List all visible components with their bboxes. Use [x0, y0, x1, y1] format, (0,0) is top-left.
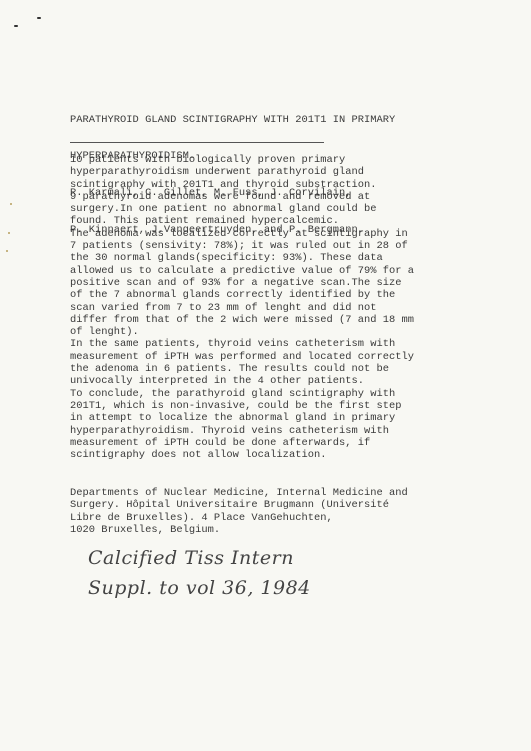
handwritten-note-line: Suppl. to vol 36, 1984 [88, 577, 311, 599]
abstract-line: in attempt to localize the abnormal glan… [70, 412, 414, 424]
abstract-line: allowed us to calculate a predictive val… [70, 265, 414, 277]
abstract-line: positive scan and of 93% for a negative … [70, 277, 414, 289]
affiliation-line: Surgery. Hôpital Universitaire Brugmann … [70, 499, 408, 511]
author-underline [70, 142, 324, 143]
abstract-body: 10 patients with biologically proven pri… [70, 154, 414, 461]
abstract-line: scintigraphy does not allow localization… [70, 449, 414, 461]
paper-title-line: PARATHYROID GLAND SCINTIGRAPHY WITH 201T… [70, 114, 395, 126]
handwritten-note-line: Calcified Tiss Intern [88, 547, 294, 569]
abstract-line: 9 parathyroid adenomas were found and re… [70, 191, 414, 203]
abstract-line: 7 patients (sensivity: 78%); it was rule… [70, 240, 414, 252]
abstract-line: To conclude, the parathyroid gland scint… [70, 388, 414, 400]
abstract-line: scan varied from 7 to 23 mm of lenght an… [70, 302, 414, 314]
abstract-line: scintigraphy with 201T1 and thyroid subs… [70, 179, 414, 191]
abstract-line: the 30 normal glands(specificity: 93%). … [70, 252, 414, 264]
affiliation: Departments of Nuclear Medicine, Interna… [70, 487, 408, 536]
abstract-line: In the same patients, thyroid veins cath… [70, 338, 414, 350]
document-page: PARATHYROID GLAND SCINTIGRAPHY WITH 201T… [0, 0, 531, 751]
abstract-line: univocally interpreted in the 4 other pa… [70, 375, 414, 387]
abstract-line: 201T1, which is non-invasive, could be t… [70, 400, 414, 412]
scan-speck [37, 17, 41, 19]
abstract-line: of the 7 abnormal glands correctly ident… [70, 289, 414, 301]
abstract-line: measurement of iPTH could be done afterw… [70, 437, 414, 449]
abstract-line: the adenoma in 6 patients. The results c… [70, 363, 414, 375]
abstract-line: 10 patients with biologically proven pri… [70, 154, 414, 166]
abstract-line: surgery.In one patient no abnormal gland… [70, 203, 414, 215]
scan-speck [10, 203, 12, 205]
affiliation-line: Departments of Nuclear Medicine, Interna… [70, 487, 408, 499]
affiliation-line: 1020 Bruxelles, Belgium. [70, 524, 408, 536]
abstract-line: The adenoma was localized correctly at s… [70, 228, 414, 240]
abstract-line: hyperparathyroidism underwent parathyroi… [70, 166, 414, 178]
scan-speck [8, 232, 10, 234]
abstract-line: found. This patient remained hypercalcem… [70, 215, 414, 227]
abstract-line: differ from that of the 2 wich were miss… [70, 314, 414, 326]
abstract-line: measurement of iPTH was performed and lo… [70, 351, 414, 363]
abstract-line: of lenght). [70, 326, 414, 338]
affiliation-line: Libre de Bruxelles). 4 Place VanGehuchte… [70, 512, 408, 524]
scan-speck [6, 250, 8, 252]
abstract-line: hyperparathyroidism. Thyroid veins cathe… [70, 425, 414, 437]
scan-speck [14, 25, 18, 27]
